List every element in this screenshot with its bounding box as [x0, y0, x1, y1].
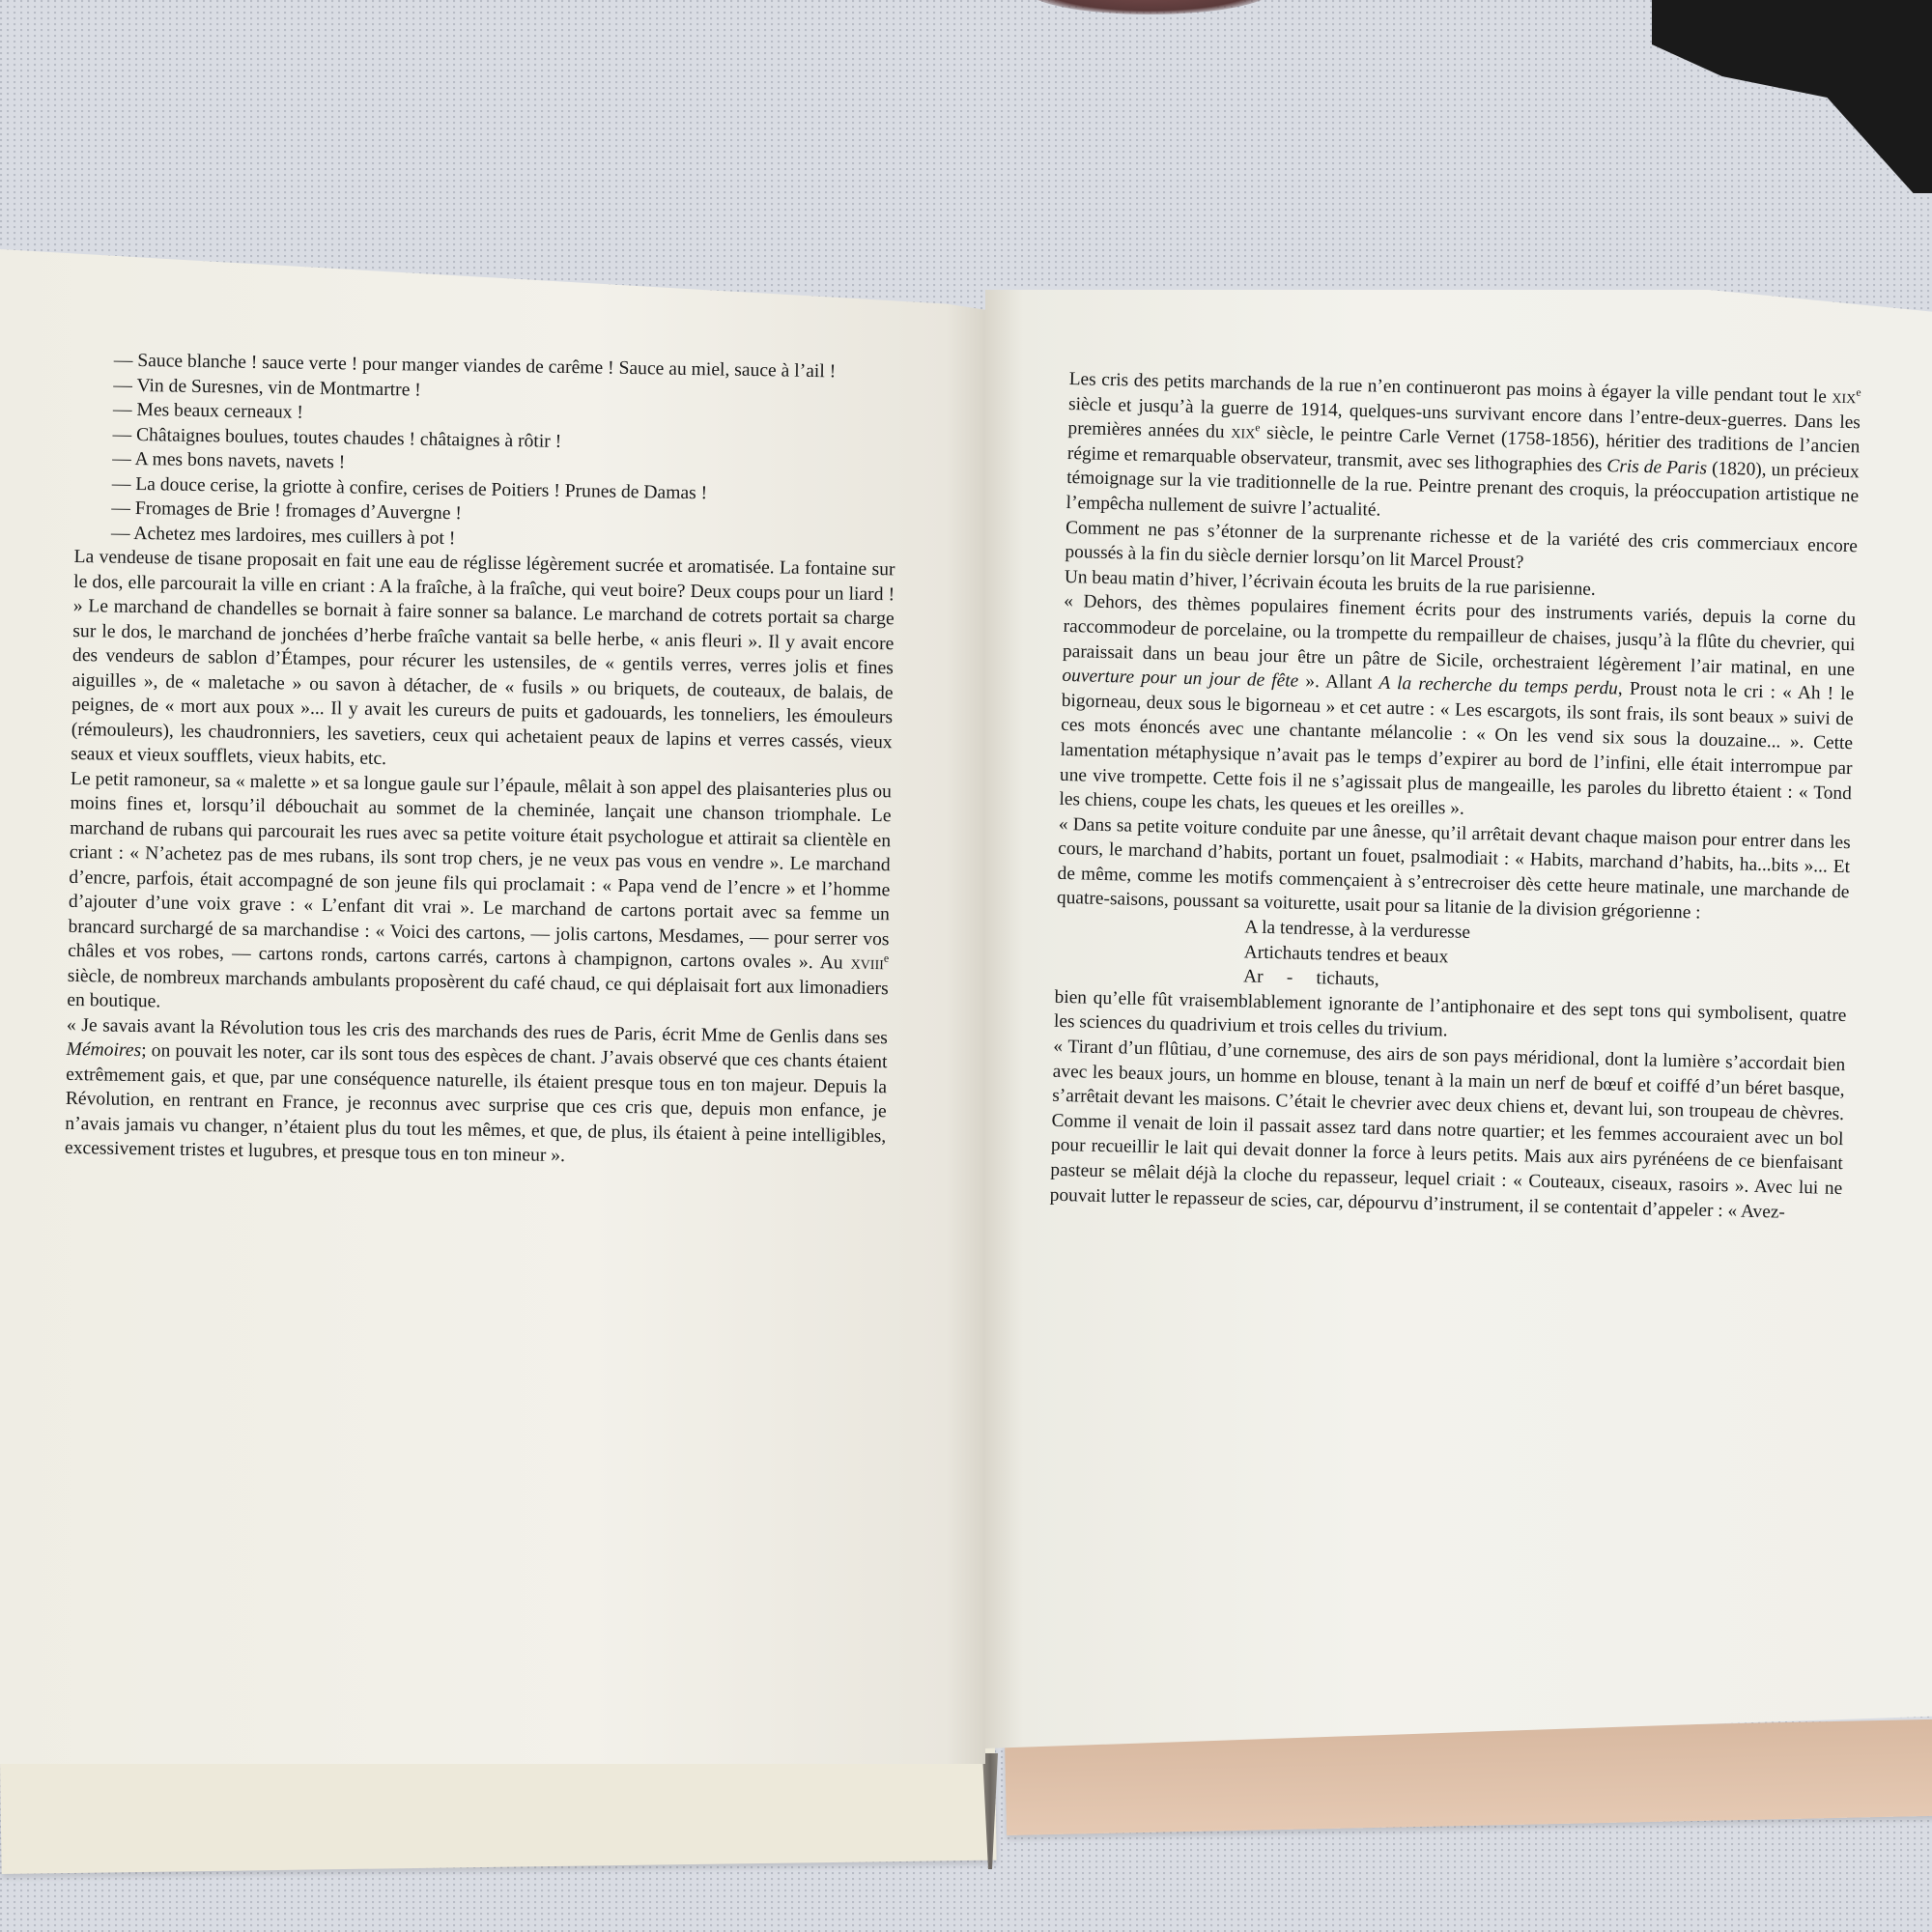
paragraph-tisane: La vendeuse de tisane proposait en fait … — [71, 545, 895, 780]
paragraph-genlis-quote: « Je savais avant la Révolution tous les… — [65, 1012, 888, 1173]
paragraph-proust-quote: « Dehors, des thèmes populaires finement… — [1059, 589, 1856, 831]
left-page-text: — Sauce blanche ! sauce verte ! pour man… — [65, 348, 898, 1174]
paragraph-ramoneur: Le petit ramoneur, sa « malette » et sa … — [67, 766, 892, 1025]
paragraph-vernet: Les cris des petits marchands de la rue … — [1065, 367, 1861, 534]
book-stand — [1652, 0, 1932, 193]
paragraph-habits: « Dans sa petite voiture conduite par un… — [1057, 812, 1851, 930]
right-page-text: Les cris des petits marchands de la rue … — [1049, 367, 1861, 1226]
out-of-frame-object — [1024, 0, 1275, 14]
paragraph-chevrier: « Tirant d’un flûtiau, d’une cornemuse, … — [1049, 1035, 1845, 1226]
